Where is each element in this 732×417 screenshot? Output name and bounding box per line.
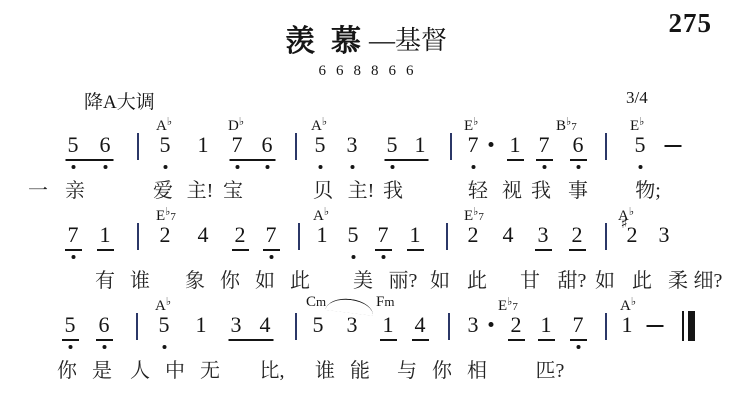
note: 1 <box>415 132 426 158</box>
slur-arc <box>325 296 374 316</box>
note-digit: 5 <box>65 312 76 338</box>
flat-sign: ♭ <box>322 115 327 128</box>
lyric-syllable: 如 <box>430 264 450 293</box>
note: 4 <box>415 312 426 338</box>
lyric-syllable: 如 <box>595 264 615 293</box>
note-digit: 1 <box>622 312 633 338</box>
bar-line <box>298 223 300 250</box>
note: 1 <box>541 312 552 338</box>
note: 3 <box>347 132 358 158</box>
note: 7 <box>539 132 550 158</box>
note-digit: 7 <box>378 222 389 248</box>
note: 5 <box>315 132 326 158</box>
hymn-sheet-page: 275 羡慕—基督 668866 降A大调 3/4 56A♭51D♭76A♭53… <box>0 0 732 417</box>
note-digit: 5 <box>313 312 324 338</box>
note-digit: 7 <box>266 222 277 248</box>
flat-sign: ♭ <box>324 205 329 218</box>
note-digit: 4 <box>503 222 514 248</box>
eighth-underline <box>96 339 113 341</box>
eighth-beam <box>65 159 113 161</box>
lyric-syllable: 细? <box>694 264 723 293</box>
low-octave-dot <box>471 165 475 169</box>
note: 7 <box>378 222 389 248</box>
note: 2 <box>160 222 171 248</box>
lyric-syllable: 你 <box>57 354 77 383</box>
note-digit: 2 <box>160 222 171 248</box>
eighth-underline <box>97 249 114 251</box>
bar-line <box>605 133 607 160</box>
note: 1 <box>410 222 421 248</box>
bar-line <box>448 313 450 340</box>
note-digit: 4 <box>415 312 426 338</box>
low-octave-dot <box>350 165 354 169</box>
eighth-underline <box>569 249 586 251</box>
final-bar-line <box>682 311 696 341</box>
final-bar-thin <box>682 311 684 341</box>
lyric-syllable: 丽? <box>389 264 418 293</box>
lyric-syllable: 我 <box>531 174 551 203</box>
note-digit: 5 <box>387 132 398 158</box>
lyric-syllable: 视 <box>502 174 522 203</box>
flat-sign: ♭ <box>239 115 244 128</box>
note: 5 <box>159 312 170 338</box>
note: 2 <box>572 222 583 248</box>
lyric-syllable: 美 <box>353 264 373 293</box>
lyric-syllable: 匹? <box>536 354 565 383</box>
note: 2 <box>468 222 479 248</box>
lyric-syllable: 一 <box>28 174 48 203</box>
eighth-underline <box>263 249 280 251</box>
lyric-syllable: 谁 <box>315 354 335 383</box>
eighth-underline <box>380 339 397 341</box>
eighth-underline <box>508 339 525 341</box>
note: 1 <box>196 312 207 338</box>
low-octave-dot <box>318 165 322 169</box>
note-digit: 5 <box>159 312 170 338</box>
bar-line <box>137 223 139 250</box>
score-area: 56A♭51D♭76A♭5351E♭717B♭76E♭5一亲爱主!宝贝主!我轻视… <box>0 0 732 417</box>
lyric-syllable: 与 <box>397 354 417 383</box>
low-octave-dot <box>71 255 75 259</box>
eighth-underline <box>65 249 82 251</box>
chord-label: Fm <box>376 293 394 311</box>
lyric-syllable: 此 <box>290 264 310 293</box>
note-digit: 3 <box>347 132 358 158</box>
note: 7 <box>468 132 479 158</box>
note: 4 <box>503 222 514 248</box>
lyric-syllable: 主! <box>348 174 375 203</box>
lyric-syllable: 此 <box>632 264 652 293</box>
note-digit: 6 <box>573 132 584 158</box>
note-digit: 7 <box>232 132 243 158</box>
note: ♯2 <box>627 222 638 248</box>
note: 2 <box>511 312 522 338</box>
note: 7 <box>266 222 277 248</box>
note: 6 <box>100 132 111 158</box>
low-octave-dot <box>351 255 355 259</box>
note: 5 <box>160 132 171 158</box>
note: 5 <box>348 222 359 248</box>
note: 6 <box>262 132 273 158</box>
music-system-1: 56A♭51D♭76A♭5351E♭717B♭76E♭5一亲爱主!宝贝主!我轻视… <box>0 114 732 206</box>
low-octave-dot <box>265 165 269 169</box>
lyric-syllable: 贝 <box>313 174 333 203</box>
note-digit: 2 <box>572 222 583 248</box>
note-digit: 3 <box>231 312 242 338</box>
low-octave-dot <box>576 345 580 349</box>
note-digit: 3 <box>347 312 358 338</box>
held-note-dash <box>647 325 664 327</box>
lyric-syllable: 相 <box>467 354 487 383</box>
note-digit: 1 <box>196 312 207 338</box>
low-octave-dot <box>390 165 394 169</box>
note-digit: 2 <box>235 222 246 248</box>
lyric-syllable: 甘 <box>520 264 540 293</box>
note-digit: 7 <box>539 132 550 158</box>
note: 7 <box>573 312 584 338</box>
low-octave-dot <box>576 165 580 169</box>
note-digit: 5 <box>348 222 359 248</box>
note: 4 <box>260 312 271 338</box>
note: 1 <box>198 132 209 158</box>
bar-line <box>295 133 297 160</box>
lyric-syllable: 事 <box>568 174 588 203</box>
low-octave-dot <box>162 345 166 349</box>
note: 3 <box>538 222 549 248</box>
note-digit: 7 <box>573 312 584 338</box>
eighth-underline <box>375 249 392 251</box>
lyric-syllable: 柔 <box>668 264 688 293</box>
final-bar-thick <box>688 311 695 341</box>
note-digit: 1 <box>383 312 394 338</box>
bar-line <box>450 133 452 160</box>
note: 3 <box>659 222 670 248</box>
note: 5 <box>635 132 646 158</box>
low-octave-dot <box>269 255 273 259</box>
note-digit: 6 <box>262 132 273 158</box>
music-system-3: 56A♭5134Cm53Fm143E♭7217A♭1你是人中无比,谁能与你相匹? <box>0 294 732 386</box>
augmentation-dot <box>489 322 494 327</box>
note-digit: 7 <box>468 132 479 158</box>
note-digit: 6 <box>100 132 111 158</box>
music-system-2: 71E♭72427A♭1571E♭72432A♭♯23有谁象你如此美丽?如此甘甜… <box>0 204 732 296</box>
note-digit: 1 <box>317 222 328 248</box>
bar-line <box>137 133 139 160</box>
lyric-syllable: 我 <box>383 174 403 203</box>
note: 3 <box>347 312 358 338</box>
low-octave-dot <box>103 165 107 169</box>
bar-line <box>605 223 607 250</box>
flat-sign: ♭ <box>629 205 634 218</box>
lyric-syllable: 爱 <box>153 174 173 203</box>
flat-sign: ♭ <box>639 115 644 128</box>
note-digit: 7 <box>68 222 79 248</box>
flat-sign: ♭ <box>167 115 172 128</box>
note-digit: 2 <box>627 222 638 248</box>
note-digit: 2 <box>468 222 479 248</box>
note-digit: 1 <box>410 222 421 248</box>
lyric-syllable: 中 <box>165 354 185 383</box>
low-octave-dot <box>381 255 385 259</box>
lyric-syllable: 宝 <box>223 174 243 203</box>
lyric-syllable: 如 <box>255 264 275 293</box>
lyric-syllable: 比, <box>260 354 285 383</box>
lyric-syllable: 象 <box>185 264 205 293</box>
eighth-underline <box>535 249 552 251</box>
note-digit: 2 <box>511 312 522 338</box>
note: 3 <box>468 312 479 338</box>
eighth-beam <box>384 159 428 161</box>
lyric-syllable: 甜? <box>558 264 587 293</box>
eighth-underline <box>407 249 424 251</box>
chord-label: Cm <box>306 293 326 311</box>
note-digit: 3 <box>538 222 549 248</box>
lyric-syllable: 是 <box>92 354 112 383</box>
eighth-underline <box>232 249 249 251</box>
note-digit: 5 <box>635 132 646 158</box>
eighth-underline <box>507 159 524 161</box>
lyric-syllable: 亲 <box>65 174 85 203</box>
lyric-syllable: 你 <box>220 264 240 293</box>
lyric-syllable: 谁 <box>130 264 150 293</box>
note-digit: 5 <box>315 132 326 158</box>
note-digit: 5 <box>160 132 171 158</box>
lyric-syllable: 能 <box>350 354 370 383</box>
lyric-syllable: 你 <box>432 354 452 383</box>
note: 1 <box>100 222 111 248</box>
lyric-syllable: 物; <box>635 174 661 203</box>
augmentation-dot <box>489 142 494 147</box>
note-digit: 4 <box>260 312 271 338</box>
note: 5 <box>313 312 324 338</box>
low-octave-dot <box>638 165 642 169</box>
note-digit: 1 <box>100 222 111 248</box>
note: 7 <box>68 222 79 248</box>
eighth-beam <box>229 159 275 161</box>
note: 5 <box>68 132 79 158</box>
note-digit: 6 <box>99 312 110 338</box>
note: 1 <box>622 312 633 338</box>
note-digit: 1 <box>415 132 426 158</box>
note-digit: 3 <box>659 222 670 248</box>
eighth-beam <box>228 339 273 341</box>
note: 3 <box>231 312 242 338</box>
low-octave-dot <box>68 345 72 349</box>
lyric-syllable: 轻 <box>468 174 488 203</box>
eighth-underline <box>570 339 587 341</box>
eighth-underline <box>538 339 555 341</box>
low-octave-dot <box>163 165 167 169</box>
bar-line <box>605 313 607 340</box>
low-octave-dot <box>102 345 106 349</box>
eighth-underline <box>536 159 553 161</box>
bar-line <box>295 313 297 340</box>
note: 1 <box>317 222 328 248</box>
low-octave-dot <box>71 165 75 169</box>
note: 2 <box>235 222 246 248</box>
note-digit: 4 <box>198 222 209 248</box>
note: 5 <box>387 132 398 158</box>
flat-sign: ♭ <box>166 295 171 308</box>
note: 4 <box>198 222 209 248</box>
held-note-dash <box>665 145 682 147</box>
note: 6 <box>573 132 584 158</box>
lyric-syllable: 此 <box>467 264 487 293</box>
low-octave-dot <box>235 165 239 169</box>
eighth-underline <box>62 339 79 341</box>
bar-line <box>136 313 138 340</box>
note-digit: 1 <box>198 132 209 158</box>
lyric-syllable: 有 <box>95 264 115 293</box>
note: 1 <box>510 132 521 158</box>
low-octave-dot <box>542 165 546 169</box>
note: 5 <box>65 312 76 338</box>
eighth-underline <box>570 159 587 161</box>
note-digit: 3 <box>468 312 479 338</box>
note-digit: 1 <box>541 312 552 338</box>
bar-line <box>446 223 448 250</box>
note: 7 <box>232 132 243 158</box>
flat-sign: ♭ <box>631 295 636 308</box>
lyric-syllable: 无 <box>200 354 220 383</box>
lyric-syllable: 人 <box>130 354 150 383</box>
flat-sign: ♭ <box>473 115 478 128</box>
lyric-syllable: 主! <box>187 174 214 203</box>
accidental-sharp: ♯ <box>621 216 628 232</box>
note-digit: 5 <box>68 132 79 158</box>
note: 6 <box>99 312 110 338</box>
eighth-underline <box>412 339 429 341</box>
note-digit: 1 <box>510 132 521 158</box>
note: 1 <box>383 312 394 338</box>
